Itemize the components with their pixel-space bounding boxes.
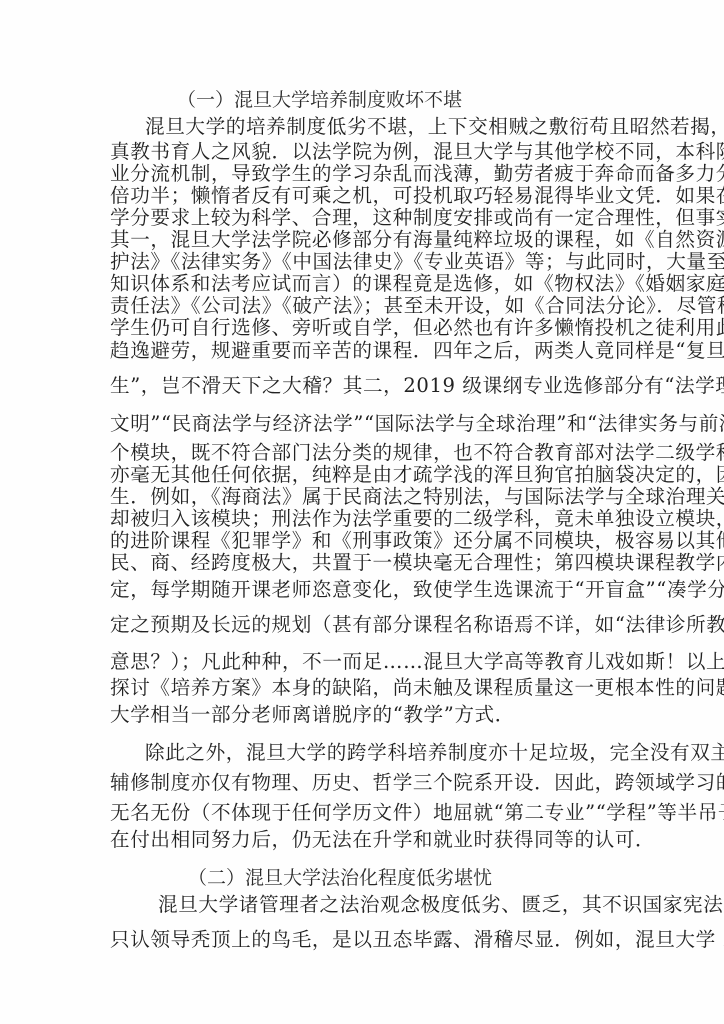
section-1-heading: （一）混旦大学培养制度败坏不堪 [177,89,462,111]
text-line: 民、商、经跨度极大，共置于一模块毫无合理性；第四模块课程教学内容极不固 [110,552,618,574]
text-line: 趋逸避劳，规避重要而辛苦的课程．四年之后，两类人竟同样是“复旦大学毕业 [110,340,618,362]
text-line: 学生仍可自行选修、旁听或自学，但必然也有许多懒惰投机之徒利用此制度缺陷 [110,317,618,339]
text-line: 个模块，既不符合部门法分类的规律，也不符合教育部对法学二级学科的分类， [110,442,618,464]
text-line: 定，每学期随开课老师恣意变化，致使学生选课流于“开盲盒”“凑学分”，难有稳 [110,579,618,601]
text-line: 辅修制度亦仅有物理、历史、哲学三个院系开设．因此，跨领域学习的学生仅能 [110,772,618,794]
document-page: （一）混旦大学培养制度败坏不堪 混旦大学的培养制度低劣不堪，上下交相贼之敷衍苟且… [0,0,724,1024]
text-line: 定之预期及长远的规划（甚有部分课程名称语焉不详，如“法律诊所教育”是什么 [110,614,618,636]
text-line: 在付出相同努力后，仍无法在升学和就业时获得同等的认可． [110,829,618,851]
text-line: 文明”“民商法学与经济法学”“国际法学与全球治理”和“法律实务与前沿洞察”四 [110,413,618,435]
text-line: 大学相当一部分老师离谱脱序的“教学”方式． [110,704,618,726]
text-line: 意思？）；凡此种种，不一而足……混旦大学高等教育儿戏如斯！以上还仅止于 [110,651,618,673]
text-line: 业分流机制，导致学生的学习杂乱而浅薄，勤劳者疲于奔命而备多力分，最终事 [110,163,618,185]
text-line: 只认领导秃顶上的鸟毛，是以丑态毕露、滑稽尽显．例如，混旦大学 2022 年春 [110,929,618,951]
text-line: 护法》《法律实务》《中国法律史》《专业英语》等；与此同时，大量至关重要（就 [110,251,618,273]
text-line: 责任法》《公司法》《破产法》；甚至未开设，如《合同法分论》．尽管积极进取的 [110,295,618,317]
text-line: 其一，混旦大学法学院必修部分有海量纯粹垃圾的课程，如《自然资源与环境保 [110,229,618,251]
text-line: 倍功半；懒惰者反有可乘之机，可投机取巧轻易混得毕业文凭．如果在课程开设、 [110,185,618,207]
text-line: 探讨《培养方案》本身的缺陷，尚未触及课程质量这一更根本性的问题，即混旦 [110,677,618,699]
text-line: 的进阶课程《犯罪学》和《刑事政策》还分属不同模块，极容易以其他学分替代； [110,530,618,552]
text-line: 混旦大学的培养制度低劣不堪，上下交相贼之敷衍苟且昭然若揭，全无认 [145,116,618,138]
text-line: 却被归入该模块；刑法作为法学重要的二级学科，竟未单独设立模块，唯二相关 [110,508,618,530]
text-line: 知识体系和法考应试而言）的课程竟是选修，如《物权法》《婚姻家庭法》《侵权 [110,273,618,295]
text-line: 亦毫无其他任何依据，纯粹是由才疏学浅的浑旦狗官拍脑袋决定的，因而问题丛 [110,464,618,486]
text-line: 生”，岂不滑天下之大稽？其二，2019 级课纲专业选修部分有“法学理论与法治 [110,375,618,397]
text-line: 真教书育人之风貌．以法学院为例，混旦大学与其他学校不同，本科阶段全无专 [110,141,618,163]
text-line: 生．例如，《海商法》属于民商法之特别法，与国际法学与全球治理关系甚疏， [110,486,618,508]
section-2-heading: （二）混旦大学法治化程度低劣堪忧 [188,867,492,889]
text-line: 无名无份（不体现于任何学历文件）地屈就“第二专业”“学程”等半吊子的制度， [110,802,618,824]
text-line: 混旦大学诸管理者之法治观念极度低劣、匮乏，其不识国家宪法法律， [158,894,618,916]
text-line: 除此之外，混旦大学的跨学科培养制度亦十足垃圾，完全没有双主修制度， [145,742,618,764]
text-line: 学分要求上较为科学、合理，这种制度安排或尚有一定合理性，但事实并非如此． [110,207,618,229]
